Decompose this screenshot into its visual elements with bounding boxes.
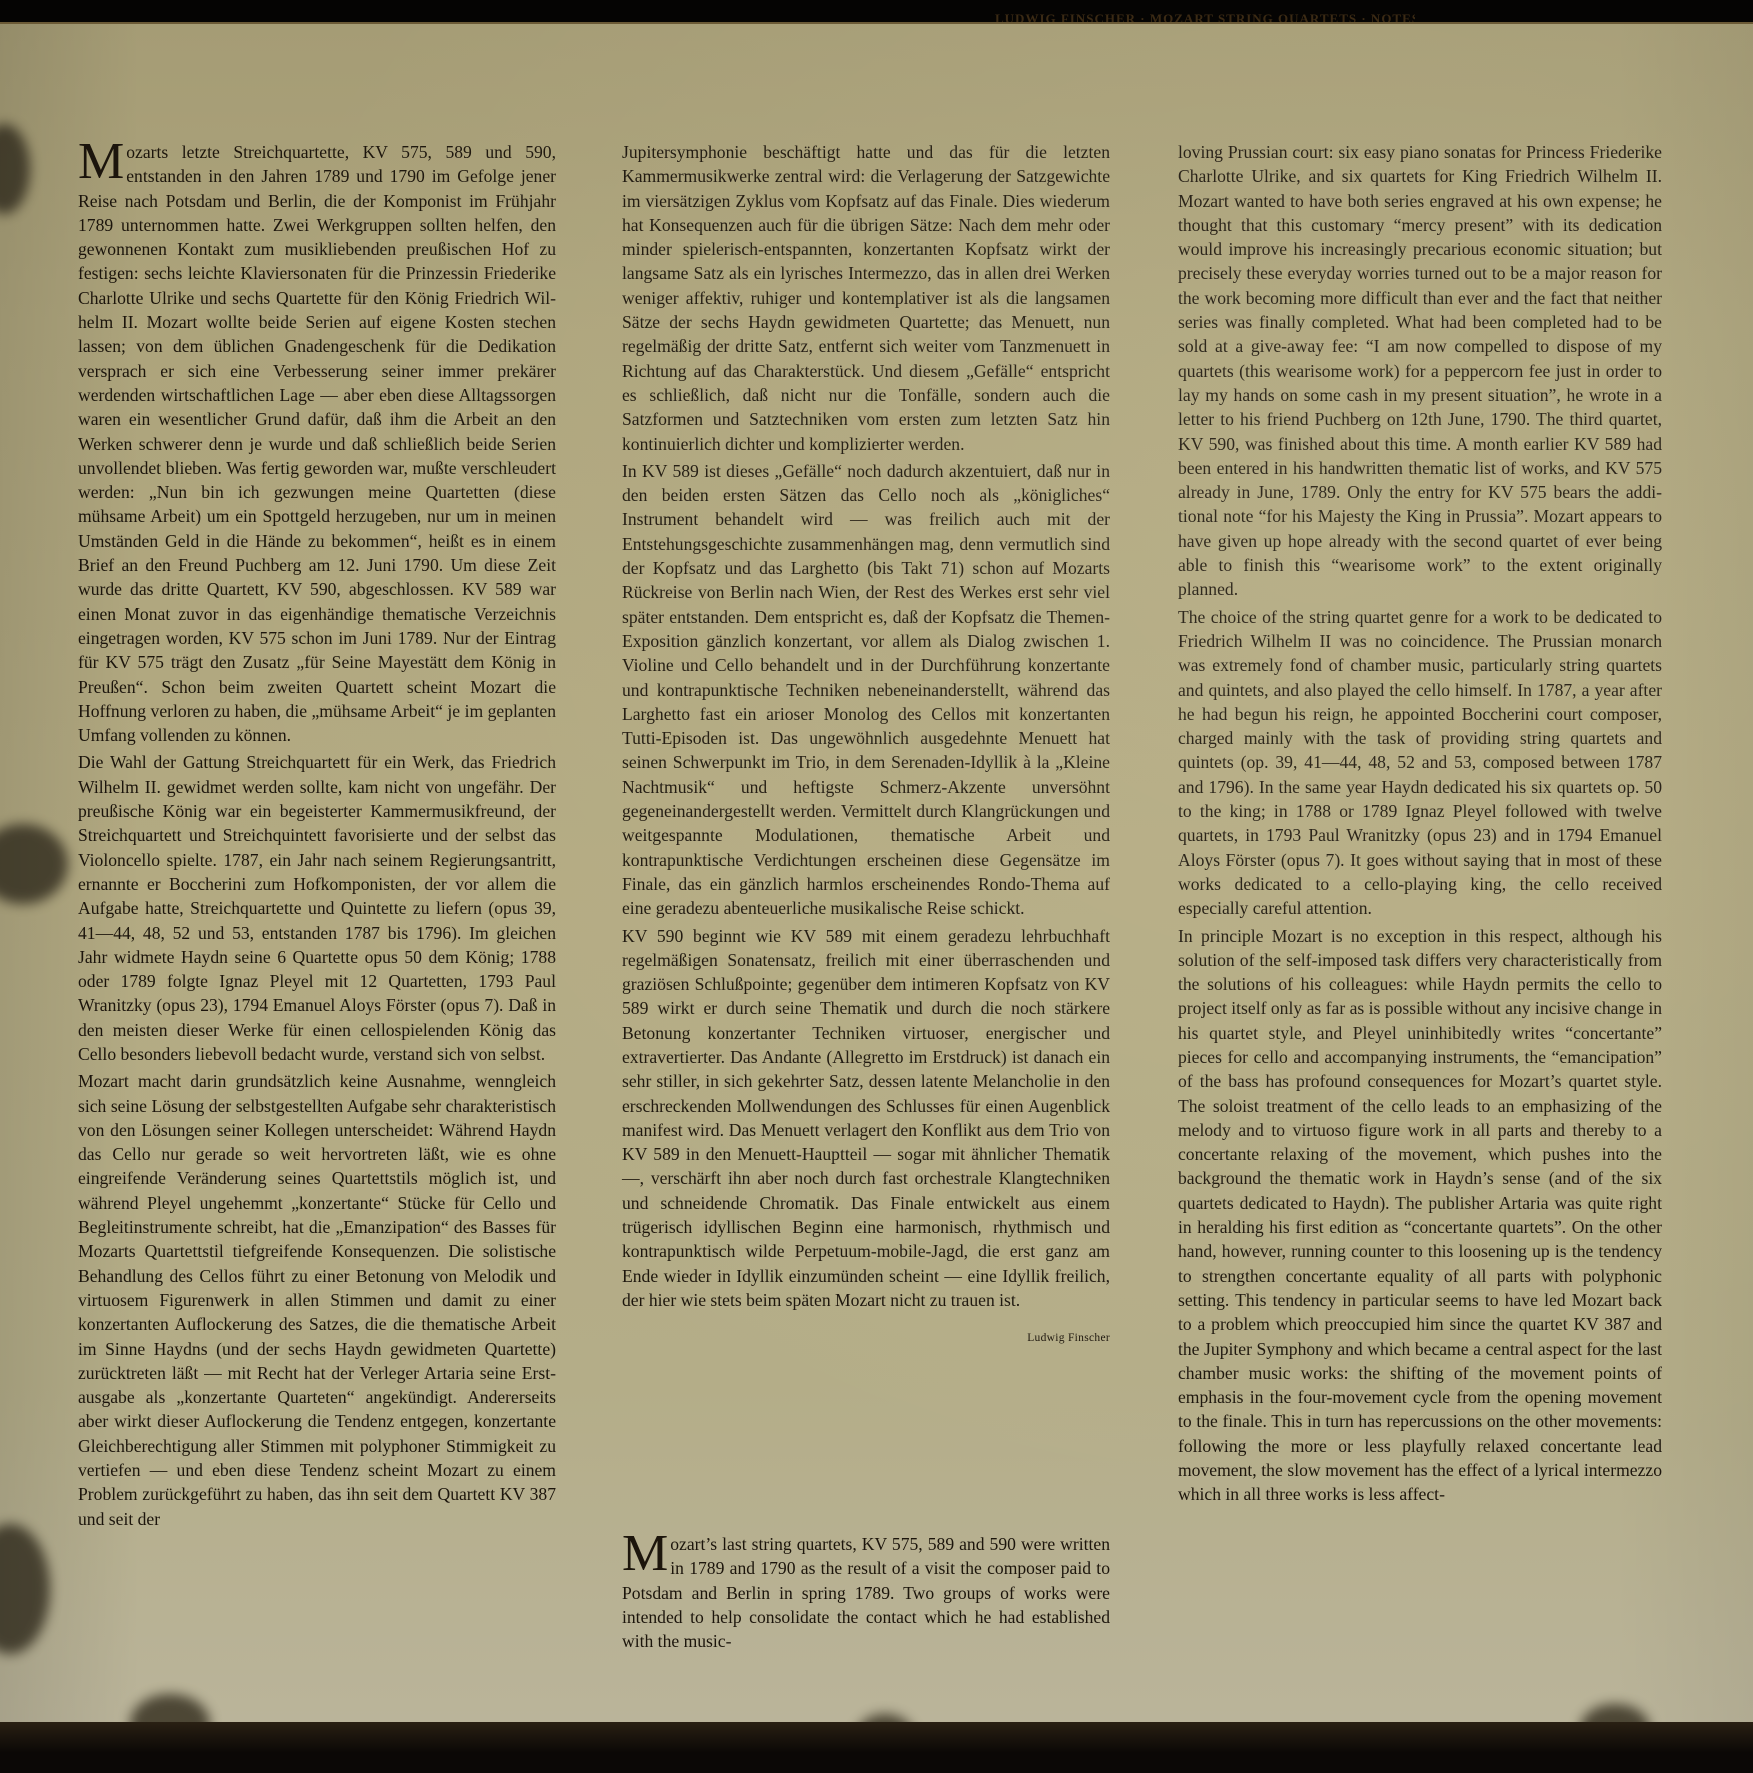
german-paragraph-1: Mozarts letzte Streichquartette, KV 575,…	[78, 140, 556, 747]
german-paragraph-6: KV 590 beginnt wie KV 589 mit einem gera…	[622, 924, 1110, 1313]
english-paragraph-1: loving Prussian court: six easy piano so…	[1178, 140, 1662, 602]
english-paragraph-3: In principle Mozart is no exception in t…	[1178, 924, 1662, 1507]
bottom-dark-border	[0, 1722, 1753, 1773]
dropcap-english: M	[622, 1536, 668, 1572]
top-dark-border	[0, 0, 1753, 24]
english-intro-block: Mozart’s last string quartets, KV 575, 5…	[622, 1532, 1110, 1653]
english-paragraph-2: The choice of the string quartet genre f…	[1178, 605, 1662, 921]
shadow-left-bottom	[0, 1524, 50, 1654]
author-signature: Ludwig Finscher	[622, 1326, 1110, 1350]
german-paragraph-2: Die Wahl der Gattung Streichquartett für…	[78, 750, 556, 1066]
german-column-1: Mozarts letzte Streichquartette, KV 575,…	[78, 140, 556, 1534]
english-intro-paragraph: Mozart’s last string quartets, KV 575, 5…	[622, 1532, 1110, 1653]
printed-page: Mozarts letzte Streichquartette, KV 575,…	[0, 22, 1753, 1724]
german-paragraph-4: Jupitersymphonie beschäftigt hatte und d…	[622, 140, 1110, 456]
dropcap-german: M	[78, 144, 124, 180]
german-column-2: Jupitersymphonie beschäftigt hatte und d…	[622, 140, 1110, 1351]
english-column-3: loving Prussian court: six easy piano so…	[1178, 140, 1662, 1510]
german-paragraph-5: In KV 589 ist dieses „Gefälle“ noch dadu…	[622, 459, 1110, 921]
german-paragraph-3: Mozart macht darin grundsätzlich keine A…	[78, 1069, 556, 1531]
shadow-left-middle	[0, 824, 68, 904]
shadow-left-top	[0, 124, 30, 214]
